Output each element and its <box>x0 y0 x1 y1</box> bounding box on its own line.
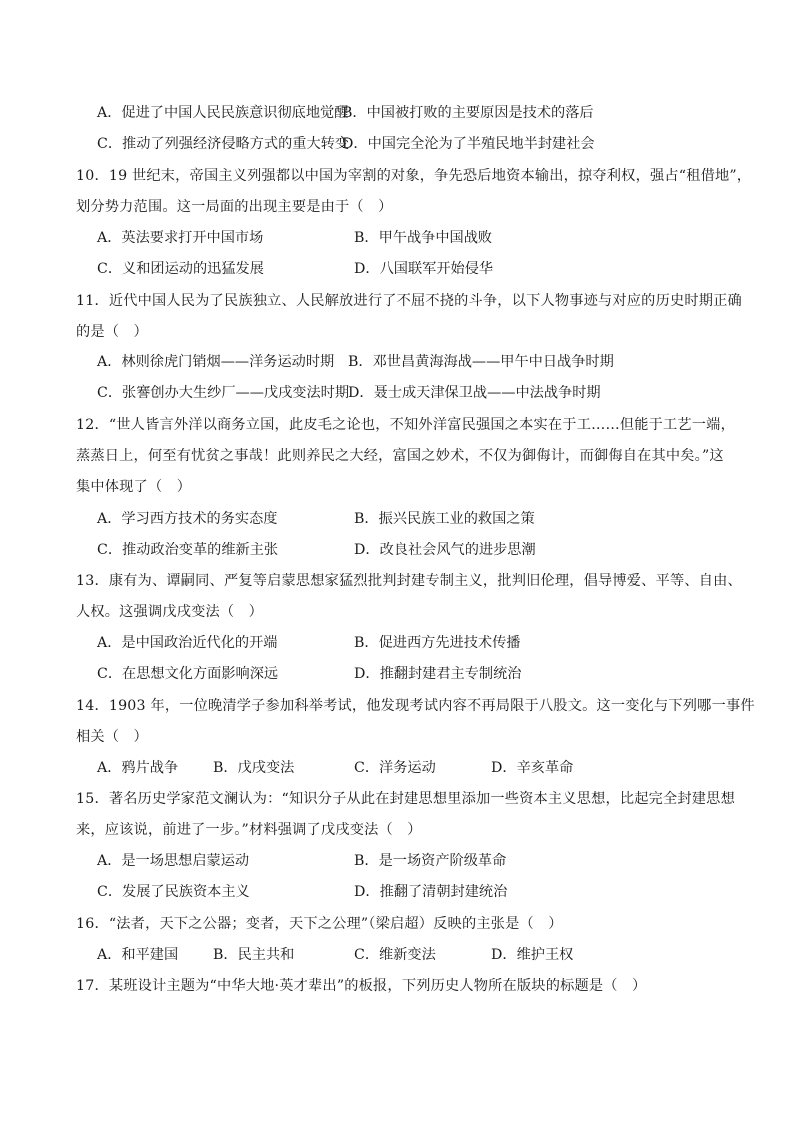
option-d[interactable]: D．八国联军开始侵华 <box>354 259 493 279</box>
exam-page: A．促进了中国人民民族意识彻底地觉醒 B．中国被打败的主要原因是技术的落后 C．… <box>0 0 793 1122</box>
option-d[interactable]: D．改良社会风气的进步思潮 <box>354 540 536 560</box>
option-c[interactable]: C．发展了民族资本主义 <box>97 882 250 902</box>
option-d[interactable]: D．推翻了清朝封建统治 <box>354 882 507 902</box>
option-d[interactable]: D．中国完全沦为了半殖民地半封建社会 <box>342 134 595 154</box>
option-a[interactable]: A．是中国政治近代化的开端 <box>97 633 278 653</box>
question-stem: 人权。这强调戊戌变法（ ） <box>76 602 263 622</box>
question-stem: 蒸蒸日上，何至有忧贫之事哉！此则养民之大经，富国之妙术，不仅为御侮计，而御侮自在… <box>76 446 724 466</box>
option-c[interactable]: C．洋务运动 <box>354 758 436 778</box>
option-b[interactable]: B．中国被打败的主要原因是技术的落后 <box>342 103 594 123</box>
option-b[interactable]: B．促进西方先进技术传播 <box>354 633 521 653</box>
option-a[interactable]: A．鸦片战争 <box>97 758 178 778</box>
question-stem: 16．“法者，天下之公器；变者，天下之公理”（梁启超）反映的主张是（ ） <box>76 914 563 934</box>
option-a[interactable]: A．英法要求打开中国市场 <box>97 228 263 248</box>
option-a[interactable]: A．促进了中国人民民族意识彻底地觉醒 <box>97 103 348 123</box>
question-stem: 13．康有为、谭嗣同、严复等启蒙思想家猛烈批判封建专制主义，批判旧伦理，倡导博爱… <box>76 571 742 591</box>
option-b[interactable]: B．戊戌变法 <box>213 758 294 778</box>
question-stem: 的是（ ） <box>76 322 148 342</box>
question-stem: 15．著名历史学家范文澜认为：“知识分子从此在封建思想里添加一些资本主义思想，比… <box>76 789 735 809</box>
option-c[interactable]: C．维新变法 <box>354 945 436 965</box>
question-stem: 来，应该说，前进了一步。”材料强调了戊戌变法（ ） <box>76 820 422 840</box>
question-stem: 14．1903 年，一位晚清学子参加科举考试，他发现考试内容不再局限于八股文。这… <box>76 696 755 716</box>
option-b[interactable]: B．民主共和 <box>213 945 294 965</box>
option-b[interactable]: B．邓世昌黄海海战——甲午中日战争时期 <box>348 352 614 372</box>
option-a[interactable]: A．林则徐虎门销烟——洋务运动时期 <box>97 352 334 372</box>
option-b[interactable]: B．振兴民族工业的救国之策 <box>354 509 535 529</box>
option-c[interactable]: C．推动了列强经济侵略方式的重大转变 <box>97 134 349 154</box>
option-b[interactable]: B．甲午战争中国战败 <box>354 228 492 248</box>
option-a[interactable]: A．学习西方技术的务实态度 <box>97 509 278 529</box>
question-stem: 12．“世人皆言外洋以商务立国，此皮毛之论也，不知外洋富民强国之本实在于工……但… <box>76 415 735 435</box>
option-c[interactable]: C．在思想文化方面影响深远 <box>97 664 278 684</box>
option-a[interactable]: A．是一场思想启蒙运动 <box>97 851 249 871</box>
question-stem: 17．某班设计主题为“中华大地·英才辈出”的板报，下列历史人物所在版块的标题是（… <box>76 976 646 996</box>
question-stem: 11．近代中国人民为了民族独立、人民解放进行了不屈不挠的斗争，以下人物事迹与对应… <box>76 291 742 311</box>
option-c[interactable]: C．张謇创办大生纱厂——戊戌变法时期 <box>97 383 349 403</box>
option-d[interactable]: D．聂士成天津保卫战——中法战争时期 <box>348 383 601 403</box>
option-d[interactable]: D．维护王权 <box>491 945 573 965</box>
option-c[interactable]: C．推动政治变革的维新主张 <box>97 540 278 560</box>
question-stem: 10．19 世纪末，帝国主义列强都以中国为宰割的对象，争先恐后地资本输出，掠夺利… <box>76 166 751 186</box>
option-a[interactable]: A．和平建国 <box>97 945 178 965</box>
option-b[interactable]: B．是一场资产阶级革命 <box>354 851 506 871</box>
question-stem: 集中体现了（ ） <box>76 477 191 497</box>
option-d[interactable]: D．辛亥革命 <box>491 758 573 778</box>
option-c[interactable]: C．义和团运动的迅猛发展 <box>97 259 264 279</box>
option-d[interactable]: D．推翻封建君主专制统治 <box>354 664 521 684</box>
question-stem: 划分势力范围。这一局面的出现主要是由于（ ） <box>76 197 393 217</box>
question-stem: 相关（ ） <box>76 727 148 747</box>
